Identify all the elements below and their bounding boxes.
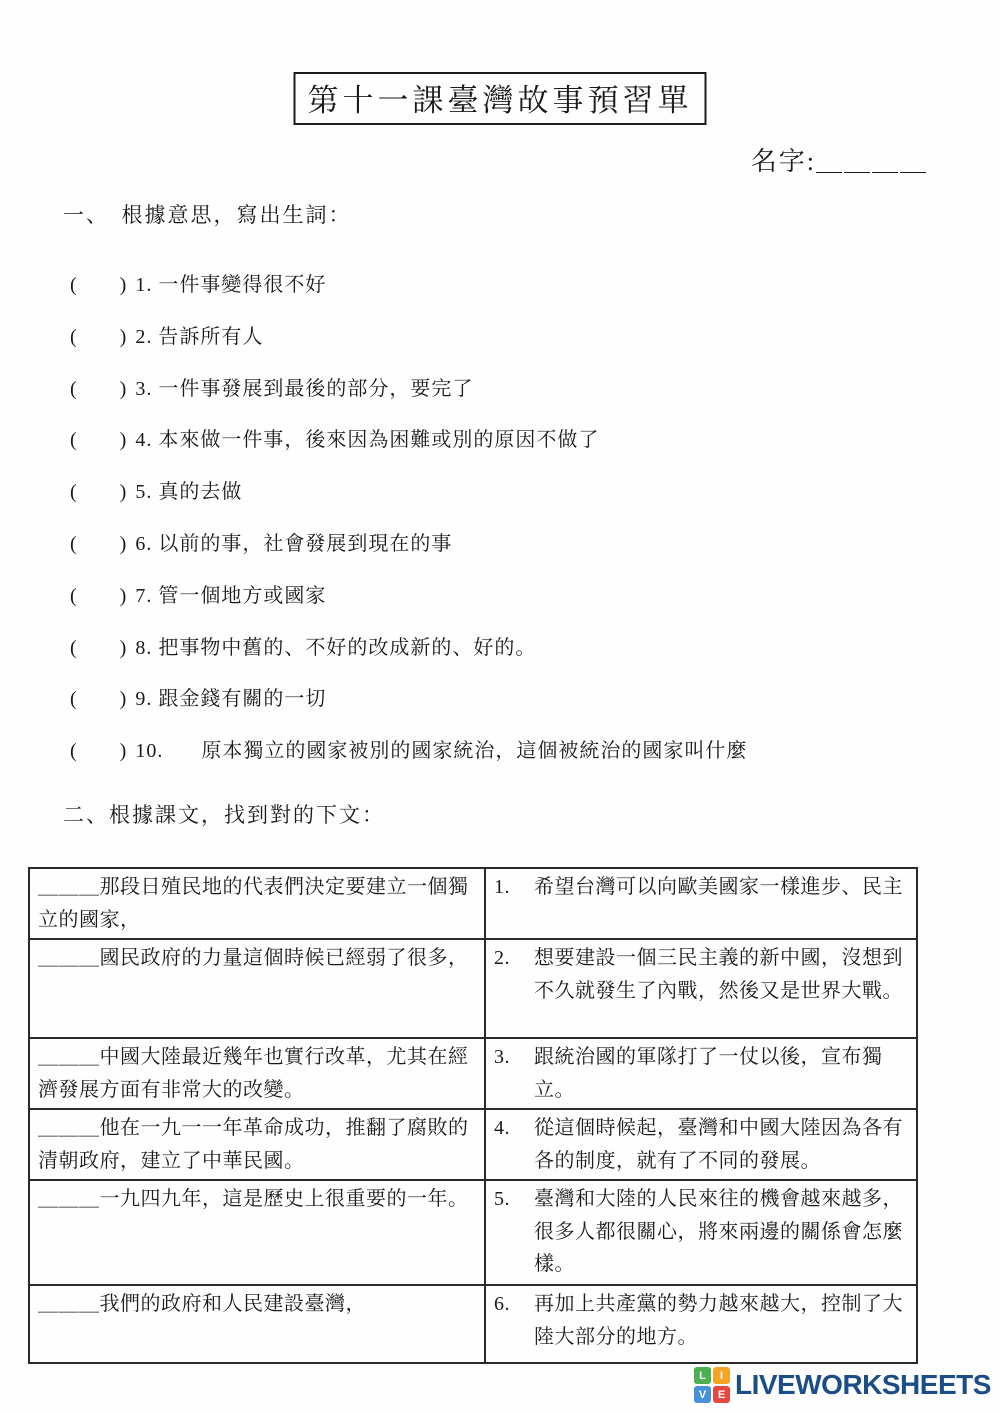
item-text: 原本獨立的國家被別的國家統治，這個被統治的國家叫什麼 [201, 740, 747, 762]
liveworksheets-wordmark: LIVEWORKSHEETS [735, 1369, 991, 1401]
answer-paren[interactable]: ( ) [70, 378, 127, 400]
vocab-item-2: ( )2.告訴所有人 [70, 320, 747, 372]
table-row: ＿＿＿我們的政府和人民建設臺灣， 6.再加上共產黨的勢力越來越大，控制了大陸大部… [29, 1285, 917, 1363]
option-text: 跟統治國的軍隊打了一仗以後，宣布獨立。 [534, 1041, 908, 1106]
match-left-cell: ＿＿＿我們的政府和人民建設臺灣， [29, 1285, 485, 1363]
answer-paren[interactable]: ( ) [70, 585, 127, 607]
item-text: 本來做一件事，後來因為困難或別的原因不做了 [158, 429, 599, 451]
item-number: 1. [135, 274, 152, 296]
option-text: 從這個時候起，臺灣和中國大陸因為各有各的制度，就有了不同的發展。 [534, 1112, 908, 1177]
match-left-cell: ＿＿＿中國大陸最近幾年也實行改革，尤其在經濟發展方面有非常大的改變。 [29, 1038, 485, 1109]
logo-tile-l: L [694, 1367, 711, 1384]
item-text: 管一個地方或國家 [158, 585, 326, 607]
match-left-cell: ＿＿＿那段日殖民地的代表們決定要建立一個獨立的國家， [29, 868, 485, 939]
answer-blank[interactable]: ＿＿＿ [38, 1293, 100, 1315]
vocab-item-4: ( )4.本來做一件事，後來因為困難或別的原因不做了 [70, 423, 747, 475]
name-answer-blank[interactable]: ＿＿＿＿ [816, 141, 928, 178]
match-right-cell: 4.從這個時候起，臺灣和中國大陸因為各有各的制度，就有了不同的發展。 [485, 1109, 917, 1180]
matching-table: ＿＿＿那段日殖民地的代表們決定要建立一個獨立的國家， 1.希望台灣可以向歐美國家… [28, 867, 918, 1364]
worksheet-page: 第十一課臺灣故事預習單 名字:＿＿＿＿ 一、 根據意思，寫出生詞： ( )1.一… [0, 0, 1000, 1413]
match-right-cell: 6.再加上共產黨的勢力越來越大，控制了大陸大部分的地方。 [485, 1285, 917, 1363]
vocab-item-6: ( )6.以前的事，社會發展到現在的事 [70, 527, 747, 579]
vocab-item-1: ( )1.一件事變得很不好 [70, 268, 747, 320]
left-text: 中國大陸最近幾年也實行改革，尤其在經濟發展方面有非常大的改變。 [38, 1046, 469, 1101]
item-number: 3. [135, 378, 152, 400]
item-number: 6. [135, 533, 152, 555]
item-number: 7. [135, 585, 152, 607]
vocab-item-8: ( )8.把事物中舊的、不好的改成新的、好的。 [70, 631, 747, 683]
match-right-cell: 2.想要建設一個三民主義的新中國，沒想到不久就發生了內戰，然後又是世界大戰。 [485, 939, 917, 1038]
vocab-item-5: ( )5.真的去做 [70, 475, 747, 527]
item-number: 5. [135, 481, 152, 503]
answer-paren[interactable]: ( ) [70, 637, 127, 659]
left-text: 一九四九年，這是歷史上很重要的一年。 [100, 1188, 469, 1210]
logo-tile-i: I [713, 1367, 730, 1384]
item-text: 告訴所有人 [158, 326, 263, 348]
option-number: 4. [494, 1112, 534, 1177]
liveworksheets-grid-icon: L I V E [694, 1367, 730, 1403]
option-text: 想要建設一個三民主義的新中國，沒想到不久就發生了內戰，然後又是世界大戰。 [534, 942, 908, 1007]
option-number: 6. [494, 1288, 534, 1353]
item-number: 8. [135, 637, 152, 659]
logo-tile-e: E [713, 1386, 730, 1403]
item-number: 9. [135, 688, 152, 710]
liveworksheets-logo[interactable]: L I V E LIVEWORKSHEETS [694, 1367, 991, 1403]
match-right-cell: 1.希望台灣可以向歐美國家一樣進步、民主 [485, 868, 917, 939]
option-number: 5. [494, 1183, 534, 1281]
option-number: 1. [494, 871, 534, 904]
name-line: 名字:＿＿＿＿ [751, 141, 928, 178]
left-text: 他在一九一一年革命成功，推翻了腐敗的清朝政府，建立了中華民國。 [38, 1117, 469, 1172]
table-row: ＿＿＿國民政府的力量這個時候已經弱了很多， 2.想要建設一個三民主義的新中國，沒… [29, 939, 917, 1038]
option-number: 3. [494, 1041, 534, 1106]
table-row: ＿＿＿那段日殖民地的代表們決定要建立一個獨立的國家， 1.希望台灣可以向歐美國家… [29, 868, 917, 939]
table-row: ＿＿＿一九四九年，這是歷史上很重要的一年。 5.臺灣和大陸的人民來往的機會越來越… [29, 1180, 917, 1285]
section1-heading: 一、 根據意思，寫出生詞： [63, 199, 352, 229]
answer-blank[interactable]: ＿＿＿ [38, 1188, 100, 1210]
answer-blank[interactable]: ＿＿＿ [38, 1046, 100, 1068]
table-row: ＿＿＿他在一九一一年革命成功，推翻了腐敗的清朝政府，建立了中華民國。 4.從這個… [29, 1109, 917, 1180]
table-row: ＿＿＿中國大陸最近幾年也實行改革，尤其在經濟發展方面有非常大的改變。 3.跟統治… [29, 1038, 917, 1109]
left-text: 國民政府的力量這個時候已經弱了很多， [100, 947, 469, 969]
name-label: 名字: [751, 147, 816, 176]
answer-paren[interactable]: ( ) [70, 688, 127, 710]
left-text: 我們的政府和人民建設臺灣， [100, 1293, 367, 1315]
match-left-cell: ＿＿＿他在一九一一年革命成功，推翻了腐敗的清朝政府，建立了中華民國。 [29, 1109, 485, 1180]
item-number: 4. [135, 429, 152, 451]
match-left-cell: ＿＿＿國民政府的力量這個時候已經弱了很多， [29, 939, 485, 1038]
item-number: 2. [135, 326, 152, 348]
match-right-cell: 3.跟統治國的軍隊打了一仗以後，宣布獨立。 [485, 1038, 917, 1109]
page-title: 第十一課臺灣故事預習單 [294, 72, 707, 125]
answer-paren[interactable]: ( ) [70, 429, 127, 451]
match-right-cell: 5.臺灣和大陸的人民來往的機會越來越多，很多人都很關心，將來兩邊的關係會怎麼樣。 [485, 1180, 917, 1285]
answer-blank[interactable]: ＿＿＿ [38, 876, 100, 898]
vocab-item-9: ( )9.跟金錢有關的一切 [70, 682, 747, 734]
vocab-item-3: ( )3.一件事發展到最後的部分，要完了 [70, 372, 747, 424]
logo-tile-v: V [694, 1386, 711, 1403]
item-text: 一件事變得很不好 [158, 274, 326, 296]
answer-paren[interactable]: ( ) [70, 740, 127, 762]
item-text: 把事物中舊的、不好的改成新的、好的。 [158, 637, 536, 659]
answer-paren[interactable]: ( ) [70, 533, 127, 555]
item-text: 跟金錢有關的一切 [158, 688, 326, 710]
option-text: 希望台灣可以向歐美國家一樣進步、民主 [534, 871, 908, 904]
option-text: 再加上共產黨的勢力越來越大，控制了大陸大部分的地方。 [534, 1288, 908, 1353]
option-text: 臺灣和大陸的人民來往的機會越來越多，很多人都很關心，將來兩邊的關係會怎麼樣。 [534, 1183, 908, 1281]
answer-paren[interactable]: ( ) [70, 326, 127, 348]
match-left-cell: ＿＿＿一九四九年，這是歷史上很重要的一年。 [29, 1180, 485, 1285]
answer-blank[interactable]: ＿＿＿ [38, 947, 100, 969]
vocab-item-7: ( )7.管一個地方或國家 [70, 579, 747, 631]
answer-paren[interactable]: ( ) [70, 274, 127, 296]
left-text: 那段日殖民地的代表們決定要建立一個獨立的國家， [38, 876, 469, 931]
vocab-list: ( )1.一件事變得很不好 ( )2.告訴所有人 ( )3.一件事發展到最後的部… [70, 268, 747, 786]
item-text: 以前的事，社會發展到現在的事 [158, 533, 452, 555]
item-text: 一件事發展到最後的部分，要完了 [158, 378, 473, 400]
answer-blank[interactable]: ＿＿＿ [38, 1117, 100, 1139]
option-number: 2. [494, 942, 534, 1007]
section2-heading: 二、根據課文，找到對的下文： [63, 799, 385, 829]
item-number: 10. [135, 740, 163, 762]
item-text: 真的去做 [158, 481, 242, 503]
vocab-item-10: ( )10.原本獨立的國家被別的國家統治，這個被統治的國家叫什麼 [70, 734, 747, 786]
answer-paren[interactable]: ( ) [70, 481, 127, 503]
